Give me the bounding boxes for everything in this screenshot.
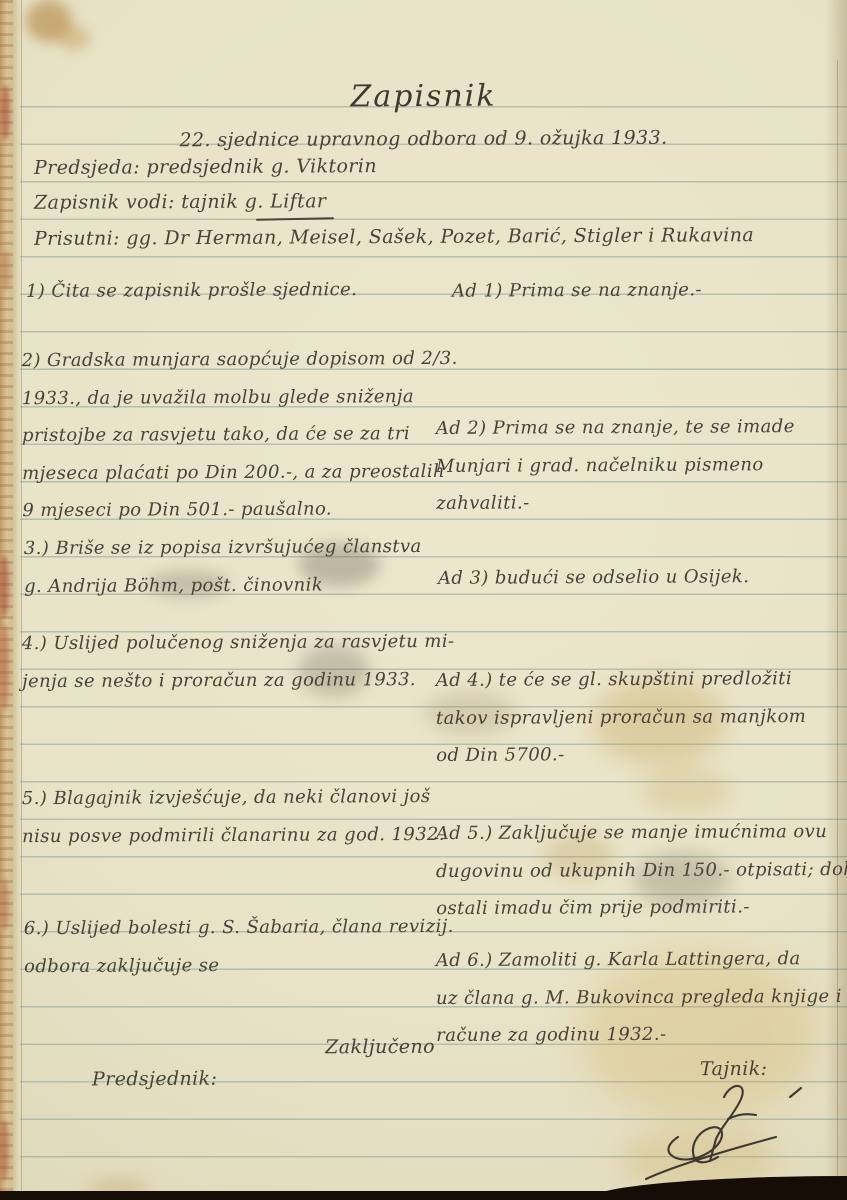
agenda-item-1-left: 1) Čita se zapisnik prošle sjednice. (26, 271, 357, 310)
notebook-page: Zapisnik 22. sjednice upravnog odbora od… (0, 0, 847, 1200)
president-label: Predsjednik: (92, 1061, 218, 1099)
page-fold-line (21, 0, 22, 1200)
stain (640, 768, 732, 814)
book-binding-edge (0, 0, 20, 1200)
agenda-item-5-left: 5.) Blagajnik izvješćuje, da neki članov… (22, 778, 445, 855)
recorder-line: Zapisnik vodi: tajnik g. Liftar (34, 184, 327, 221)
stain (58, 26, 90, 50)
binding-red-mark (1, 880, 9, 930)
chair-line: Predsjeda: predsjednik g. Viktorin (34, 149, 377, 186)
binding-red-mark (0, 555, 9, 617)
binding-red-mark (2, 250, 10, 290)
agenda-item-2-right: Ad 2) Prima se na znanje, te se imade Mu… (436, 408, 796, 522)
backdrop-bottom-edge (0, 1191, 847, 1200)
document-title: Zapisnik (0, 74, 847, 120)
secretary-signature (638, 1075, 818, 1185)
stain (26, 0, 72, 42)
agenda-item-5-right: Ad 5.) Zaključuje se manje imućnima ovu … (436, 813, 847, 928)
agenda-item-4-right: Ad 4.) te će se gl. skupštini predložiti… (436, 660, 807, 774)
binding-red-mark (0, 1120, 9, 1180)
agenda-item-4-left: 4.) Uslijed polučenog sniženja za rasvje… (22, 623, 455, 700)
agenda-item-2-left: 2) Gradska munjara saopćuje dopisom od 2… (22, 340, 459, 530)
agenda-item-1-right: Ad 1) Prima se na znanje.- (452, 271, 702, 310)
present-line: Prisutni: gg. Dr Herman, Meisel, Sašek, … (34, 218, 754, 257)
agenda-item-3-right: Ad 3) budući se odselio u Osijek. (438, 558, 749, 597)
agenda-item-6-left: 6.) Uslijed bolesti g. S. Šabaria, člana… (24, 908, 454, 985)
binding-red-mark (1, 625, 9, 710)
agenda-item-3-left: 3.) Briše se iz popisa izvršujućeg člans… (24, 528, 422, 605)
